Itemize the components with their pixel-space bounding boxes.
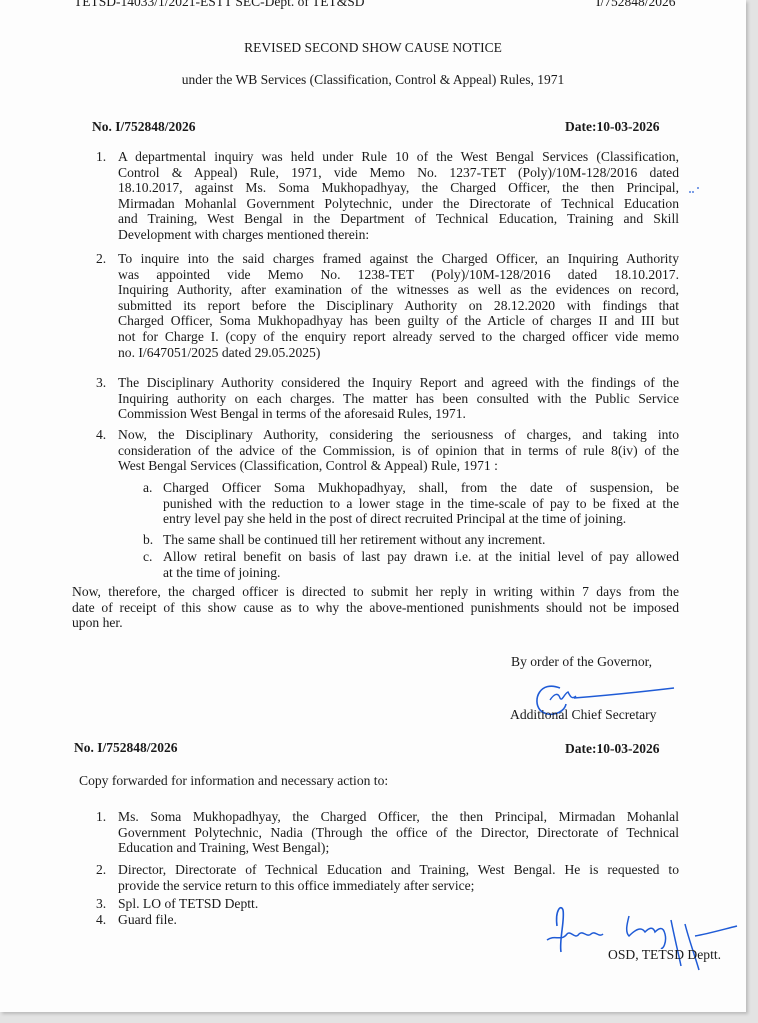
text-line: A departmental inquiry was held under Ru…: [118, 149, 679, 165]
text-line: Charged Officer, Soma Mukhopadhyay has b…: [118, 313, 679, 329]
text-line: Inquiring authority on each charges. The…: [118, 391, 679, 407]
copy-recipient-2: 2. Director, Directorate of Technical Ed…: [118, 862, 679, 893]
paragraph-1: 1. A departmental inquiry was held under…: [118, 149, 679, 243]
text-line: Allow retiral benefit on basis of last p…: [163, 549, 679, 565]
sub-item-c: c. Allow retiral benefit on basis of las…: [163, 549, 679, 580]
paragraph-number: 1.: [96, 149, 106, 165]
text-line: entry level pay she held in the post of …: [163, 511, 679, 527]
file-reference: TETSD-14033/1/2021-ESTT SEC-Dept. of TET…: [74, 0, 365, 10]
text-line: Director, Directorate of Technical Educa…: [118, 862, 679, 878]
paragraph-number: 4.: [96, 427, 106, 443]
copy-intro: Copy forwarded for information and neces…: [79, 773, 388, 789]
text-line: 18.10.2017, against Ms. Soma Mukhopadhya…: [118, 180, 679, 196]
stray-mark-icon: [688, 185, 702, 195]
sub-item-a: a. Charged Officer Soma Mukhopadhyay, sh…: [163, 480, 679, 527]
text-line: Education and Training, West Bengal);: [118, 840, 679, 856]
copy-memo-date: Date:10-03-2026: [565, 741, 659, 757]
paragraph-number: 3.: [96, 375, 106, 391]
signatory-osd: OSD, TETSD Deptt.: [608, 947, 721, 963]
notice-title: REVISED SECOND SHOW CAUSE NOTICE: [0, 40, 746, 56]
text-line: Now, therefore, the charged officer is d…: [72, 584, 679, 600]
text-line: consideration of the advice of the Commi…: [118, 443, 679, 459]
text-line: The Disciplinary Authority considered th…: [118, 375, 679, 391]
text-line: Mirmadan Mohanlal Government Polytechnic…: [118, 196, 679, 212]
recipient-number: 4.: [96, 912, 106, 928]
document-reference: I/752848/2026: [596, 0, 676, 10]
text-line: not for Charge I. (copy of the enquiry r…: [118, 329, 679, 345]
text-line: was appointed vide Memo No. 1238-TET (Po…: [118, 267, 679, 283]
copy-memo-number: No. I/752848/2026: [74, 740, 178, 756]
text-line: provide the service return to this offic…: [118, 878, 679, 894]
text-line: submitted its report before the Discipli…: [118, 298, 679, 314]
text-line: West Bengal Services (Classification, Co…: [118, 458, 679, 474]
copy-recipient-1: 1. Ms. Soma Mukhopadhyay, the Charged Of…: [118, 809, 679, 856]
text-line: Inquiring Authority, after examination o…: [118, 282, 679, 298]
text-line: Government Polytechnic, Nadia (Through t…: [118, 825, 679, 841]
text-line: punished with the reduction to a lower s…: [163, 496, 679, 512]
conclusion-paragraph: Now, therefore, the charged officer is d…: [72, 584, 679, 631]
sub-item-b: b. The same shall be continued till her …: [163, 532, 679, 548]
recipient-number: 1.: [96, 809, 106, 825]
recipient-number: 2.: [96, 862, 106, 878]
sub-item-label: c.: [143, 549, 152, 565]
paragraph-3: 3. The Disciplinary Authority considered…: [118, 375, 679, 422]
signature-osd-icon: [545, 900, 745, 980]
text-line: upon her.: [72, 615, 679, 631]
paragraph-4: 4. Now, the Disciplinary Authority, cons…: [118, 427, 679, 474]
notice-subtitle: under the WB Services (Classification, C…: [0, 72, 746, 88]
text-line: Now, the Disciplinary Authority, conside…: [118, 427, 679, 443]
document-page: TETSD-14033/1/2021-ESTT SEC-Dept. of TET…: [0, 0, 746, 1012]
text-line: To inquire into the said charges framed …: [118, 251, 679, 267]
by-order-text: By order of the Governor,: [511, 654, 652, 670]
text-line: Control & Appeal) Rule, 1971, vide Memo …: [118, 165, 679, 181]
text-line: The same shall be continued till her ret…: [163, 532, 679, 548]
text-line: Ms. Soma Mukhopadhyay, the Charged Offic…: [118, 809, 679, 825]
text-line: and Training, West Bengal in the Departm…: [118, 211, 679, 227]
text-line: no. I/647051/2025 dated 29.05.2025): [118, 345, 679, 361]
text-line: Commission West Bengal in terms of the a…: [118, 406, 679, 422]
text-line: at the time of joining.: [163, 565, 679, 581]
memo-number: No. I/752848/2026: [92, 119, 196, 135]
paragraph-number: 2.: [96, 251, 106, 267]
text-line: date of receipt of this show cause as to…: [72, 600, 679, 616]
sub-item-label: b.: [143, 532, 153, 548]
text-line: Development with charges mentioned there…: [118, 227, 679, 243]
memo-date: Date:10-03-2026: [565, 119, 659, 135]
paragraph-2: 2. To inquire into the said charges fram…: [118, 251, 679, 360]
sub-item-label: a.: [143, 480, 152, 496]
text-line: Charged Officer Soma Mukhopadhyay, shall…: [163, 480, 679, 496]
designation-acs: Additional Chief Secretary: [510, 707, 656, 723]
recipient-number: 3.: [96, 896, 106, 912]
